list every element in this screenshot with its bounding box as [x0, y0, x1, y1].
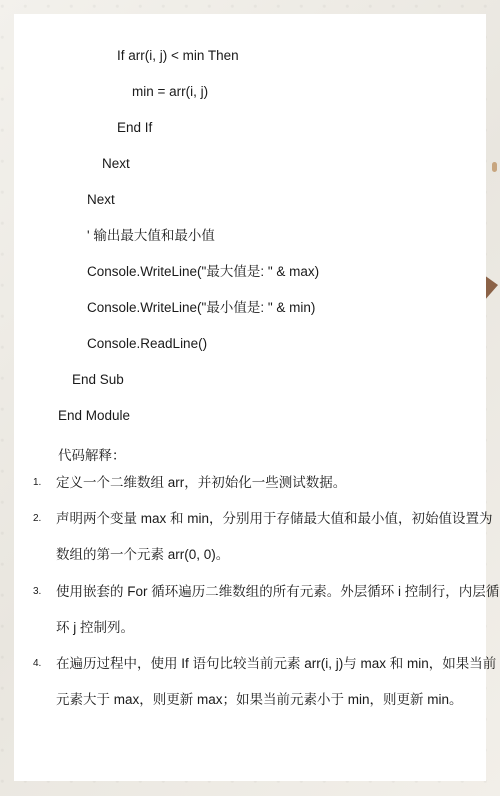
code-line: Console.WriteLine("最大值是: " & max): [87, 263, 319, 281]
code-line: End If: [117, 119, 152, 137]
code-line: Next: [102, 155, 130, 173]
code-line: Console.WriteLine("最小值是: " & min): [87, 299, 315, 317]
decorative-ink-dot: [492, 162, 497, 172]
explanation-heading: 代码解释：: [58, 447, 126, 465]
list-item-number: 2.: [33, 510, 41, 528]
code-line: End Module: [58, 407, 130, 425]
list-item-text: 声明两个变量 max 和 min，分别用于存储最大值和最小值，初始值设置为: [56, 510, 493, 528]
list-item-text: 环 j 控制列。: [56, 619, 134, 637]
document-page: If arr(i, j) < min Thenmin = arr(i, j)En…: [14, 14, 486, 781]
list-item-text: 使用嵌套的 For 循环遍历二维数组的所有元素。外层循环 i 控制行，内层循: [56, 583, 499, 601]
list-item-text: 在遍历过程中，使用 If 语句比较当前元素 arr(i, j)与 max 和 m…: [56, 655, 496, 673]
list-item-number: 3.: [33, 583, 41, 601]
list-item-number: 4.: [33, 655, 41, 673]
code-line: End Sub: [72, 371, 124, 389]
list-item-text: 元素大于 max，则更新 max；如果当前元素小于 min，则更新 min。: [56, 691, 463, 709]
list-item-text: 定义一个二维数组 arr，并初始化一些测试数据。: [56, 474, 346, 492]
code-line: Next: [87, 191, 115, 209]
code-line: ' 输出最大值和最小值: [87, 227, 215, 245]
code-line: min = arr(i, j): [132, 83, 208, 101]
decorative-ink-stroke: [484, 275, 498, 301]
code-line: Console.ReadLine(): [87, 335, 207, 353]
code-line: If arr(i, j) < min Then: [117, 47, 239, 65]
list-item-text: 数组的第一个元素 arr(0, 0)。: [56, 546, 229, 564]
list-item-number: 1.: [33, 474, 41, 492]
